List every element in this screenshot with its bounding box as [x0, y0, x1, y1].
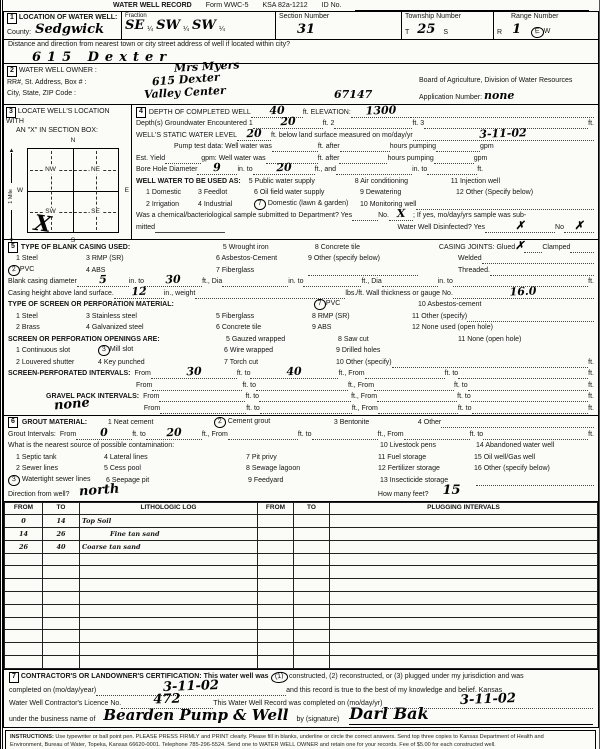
screen-perforated-intervals-label: SCREEN-PERFORATED INTERVALS:: [8, 370, 131, 379]
casing-option-3: 3 RMP (SR): [86, 255, 216, 264]
fraction-cell: Fraction SE ¼ SW ¼ SW ¼: [122, 12, 276, 39]
certification-option-3: (3) plugged under my jurisdiction and wa…: [394, 673, 524, 680]
plugging-intervals-header: PLUGGING INTERVALS: [330, 502, 598, 515]
fraction-2-value: SW: [156, 18, 180, 34]
form-id-label: ID No.: [322, 2, 342, 11]
fraction-3-value: SW: [192, 18, 216, 34]
section-7-number: 7: [9, 672, 19, 683]
ft-label: ft.: [588, 431, 594, 440]
water-well-record-form: WATER WELL RECORD Form WWC-5 KSA 82a-121…: [0, 0, 600, 749]
sample-no-mark: X: [396, 207, 405, 221]
from-header: FROM: [258, 502, 294, 515]
lithologic-log-section: FROM TO LITHOLOGIC LOG FROM TO PLUGGING …: [3, 501, 599, 670]
contamination-option-7: 7 Pit privy: [246, 454, 378, 463]
by-signature-label: by (signature): [297, 716, 340, 725]
opening-option-10: 10 Other (specify): [336, 359, 392, 368]
screen-option-9: 9 ABS: [312, 324, 412, 333]
casing-title: TYPE OF BLANK CASING USED:: [21, 244, 223, 253]
use-option-12: 12 Other (Specify below): [456, 189, 533, 198]
casing-option-8: 8 Concrete tile: [315, 244, 439, 253]
from-label: From: [144, 405, 160, 414]
log-to-value: 40: [43, 540, 80, 553]
use-option-9: 9 Dewatering: [360, 189, 456, 198]
one-mile-label: 1 Mile: [8, 189, 15, 204]
log-empty-row: [5, 630, 598, 643]
ft-to-label: ft. to: [457, 393, 471, 402]
groundwater-1-value: 20: [280, 115, 296, 129]
owner-title: WATER WELL OWNER :: [19, 67, 97, 74]
clamped-label: Clamped: [542, 244, 570, 253]
section-3-locate: 3 LOCATE WELL'S LOCATION WITH AN "X" IN …: [4, 105, 132, 239]
ft-after-label: ft. after: [318, 143, 340, 152]
ft-label: ft.: [588, 278, 594, 287]
ft-label: ft.: [588, 405, 594, 414]
section-box-diagram: N S W E NW NE SW SE X: [17, 139, 129, 243]
form-number: Form WWC-5: [206, 2, 249, 11]
casing-joints-label: CASING JOINTS: Glued: [439, 244, 515, 253]
casing-height-label: Casing height above land surface.: [8, 290, 114, 299]
township-value: 25: [417, 22, 435, 38]
screen-option-2: 2 Brass: [16, 324, 86, 333]
section-2-number: 2: [7, 66, 17, 77]
distance-row: Distance and direction from nearest town…: [4, 40, 598, 63]
opening-option-9: 9 Drilled holes: [336, 347, 380, 356]
log-row-2: 14 26 Fine tan sand: [5, 528, 598, 541]
log-from-value: 26: [5, 540, 43, 553]
opening-option-8: 8 Saw cut: [338, 336, 458, 345]
mitted-label: mitted: [136, 224, 155, 233]
ft-label: ft.: [477, 166, 483, 175]
city-label: City, State, ZIP Code :: [7, 90, 76, 99]
log-empty-row: [5, 592, 598, 605]
section-5-casing: 5 TYPE OF BLANK CASING USED: 5 Wrought i…: [3, 239, 599, 416]
compass-east: E: [125, 187, 129, 195]
quarter-symbol: ¼: [219, 26, 225, 35]
log-from-value: 14: [5, 528, 43, 541]
to-header: TO: [294, 502, 330, 515]
direction-from-well-label: Direction from well?: [8, 491, 69, 500]
casing-height-value: 12: [131, 284, 147, 298]
contamination-option-11: 11 Fuel storage: [378, 454, 474, 463]
business-name-value: Bearden Pump & Well: [103, 706, 288, 725]
from-header: FROM: [5, 502, 43, 515]
log-row-3: 26 40 Coarse tan sand: [5, 540, 598, 553]
instructions-line1: Use typewriter or ball point pen. PLEASE…: [55, 734, 543, 740]
log-from-value: 0: [5, 515, 43, 528]
contamination-question: What is the nearest source of possible c…: [8, 442, 380, 451]
section-3-number: 3: [6, 107, 16, 118]
measured-date-value: 3-11-02: [479, 126, 527, 141]
est-yield-label: Est. Yield: [136, 155, 165, 164]
casing-depth-value: 30: [165, 273, 181, 287]
contamination-option-9: 9 Feedyard: [248, 477, 380, 486]
ft-3-label: ft. 3: [412, 120, 424, 129]
section-number-value: 31: [279, 22, 398, 38]
yield-mid-label: gpm: Well water was: [201, 155, 265, 164]
log-empty-row: [5, 617, 598, 630]
use-option-10: 10 Monitoring well: [360, 201, 416, 210]
opening-option-7: 7 Torch cut: [224, 359, 336, 368]
in-to-label: in. to: [237, 166, 252, 175]
section-1-location: 1 LOCATION OF WATER WELL: County: Sedgwi…: [3, 11, 599, 64]
one-mile-scale: ▲ 1 Mile ▼: [6, 139, 17, 243]
in-to-label: in. to: [438, 278, 453, 287]
section-7-certification: 7 CONTRACTOR'S OR LANDOWNER'S CERTIFICAT…: [3, 669, 599, 728]
depth-completed-label: DEPTH OF COMPLETED WELL: [149, 109, 251, 118]
hours-pumping-label: hours pumping: [387, 155, 433, 164]
ft-to-label: ft. to: [454, 382, 468, 391]
gauge-value: 16.0: [510, 284, 537, 299]
compass-west: W: [17, 187, 23, 195]
use-option-8: 8 Air conditioning: [355, 178, 451, 187]
casing-diameter-value: 5: [99, 273, 107, 287]
use-option-1: 1 Domestic: [146, 189, 198, 198]
screen-option-7-label: PVC: [326, 300, 340, 307]
ft-from-label: ft., From: [378, 431, 404, 440]
application-number-value: none: [484, 89, 514, 102]
section-1-title: LOCATION OF WATER WELL:: [19, 14, 118, 21]
township-t: T: [405, 29, 409, 38]
log-description-value: Coarse tan sand: [80, 540, 258, 553]
opening-option-11: 11 None (open hole): [458, 336, 521, 345]
log-empty-row: [5, 553, 598, 566]
contamination-option-12: 12 Fertilizer storage: [378, 465, 474, 474]
welded-label: Welded: [432, 255, 482, 264]
opening-option-3-circled: 3: [97, 345, 110, 357]
casing-option-2-label: PVC: [20, 266, 34, 273]
disinfected-question: Water Well Disinfected? Yes: [398, 224, 486, 233]
gpm-label: gpm: [474, 155, 488, 164]
range-r: R: [497, 29, 502, 38]
ft-from-label: ft., From: [352, 405, 378, 414]
ft-label: ft.: [588, 382, 594, 391]
ft-label: ft.: [588, 370, 594, 379]
in-to-label: in. to: [288, 278, 303, 287]
static-water-level-mid-label: ft. below land surface measured on mo/da…: [271, 132, 413, 141]
county-value: Sedgwick: [35, 22, 104, 38]
ft-after-label: ft. after: [318, 155, 340, 164]
groundwater-label: Depth(s) Groundwater Encountered 1: [136, 120, 253, 129]
log-empty-row: [5, 566, 598, 579]
business-name-label: under the business name of: [9, 716, 95, 725]
contamination-option-8: 8 Sewage lagoon: [246, 465, 378, 474]
distance-label: Distance and direction from nearest town…: [8, 41, 594, 50]
ft-to-label: ft. to: [458, 405, 472, 414]
disinfected-no-mark: ✗: [574, 219, 584, 233]
use-option-5: 5 Public water supply: [249, 178, 355, 187]
opening-option-2: 2 Louvered shutter: [16, 359, 98, 368]
section-number-cell: Section Number 31: [276, 12, 402, 39]
screen-option-4: 4 Galvanized steel: [86, 324, 216, 333]
range-cell: Range Number R 1 EW: [494, 12, 598, 39]
from-label: From: [136, 382, 152, 391]
to-header: TO: [43, 502, 80, 515]
openings-title: SCREEN OR PERFORATION OPENINGS ARE:: [8, 336, 226, 345]
ft-dia-label: ft., Dia: [202, 278, 222, 287]
section-4-number: 4: [136, 107, 146, 118]
owner-zip-value: 67147: [334, 88, 372, 102]
section-2-owner: 2 WATER WELL OWNER : RR#, St. Address, B…: [3, 63, 599, 105]
ft-from-label: ft., From: [338, 370, 364, 379]
grout-option-3: 3 Bentonite: [334, 419, 418, 428]
static-water-level-label: WELL'S STATIC WATER LEVEL: [136, 132, 237, 141]
section-1-number: 1: [7, 13, 17, 24]
spi-to-value: 40: [287, 365, 303, 379]
screen-material-title: TYPE OF SCREEN OR PERFORATION MATERIAL:: [8, 301, 314, 310]
from-label: From: [143, 393, 159, 402]
screen-option-10: 10 Asbestos-cement: [418, 301, 481, 310]
bore-depth-value: 20: [276, 161, 292, 175]
quarter-symbol: ¼: [183, 26, 189, 35]
section-box-horizontal-line: [28, 191, 118, 192]
glued-mark: ✗: [515, 239, 524, 253]
county-cell: 1 LOCATION OF WATER WELL: County: Sedgwi…: [4, 12, 122, 39]
quadrant-se: SE: [89, 207, 102, 215]
ft-from-label: ft., From: [348, 382, 374, 391]
opening-option-5: 5 Gauzed wrapped: [226, 336, 338, 345]
ft-label: ft.: [588, 359, 594, 368]
log-empty-row: [5, 604, 598, 617]
contamination-option-3-label: Watertight sewer lines: [22, 476, 91, 483]
ft-to-label: ft. to: [470, 431, 484, 440]
id-blank-line: [355, 2, 589, 11]
grout-option-2-circled: 2: [213, 417, 226, 429]
completed-on-label: completed on (mo/day/year): [9, 687, 96, 696]
instructions-line2: Environment, Bureau of Water, Topeka, Ka…: [10, 742, 496, 748]
licence-number-value: 472: [153, 692, 181, 709]
use-option-2: 2 Irrigation: [146, 201, 198, 210]
threaded-label: Threaded.: [432, 267, 490, 276]
township-label: Township Number: [405, 13, 490, 22]
contamination-option-1: 1 Septic tank: [16, 454, 104, 463]
contamination-option-16: 16 Other (specify below): [474, 465, 550, 474]
no-label: No.: [378, 212, 389, 221]
scale-line: [11, 153, 12, 183]
section-6-number: 6: [8, 417, 18, 428]
ft-label: ft.: [588, 393, 594, 402]
lithologic-log-header: LITHOLOGIC LOG: [80, 502, 258, 515]
ft-to-label: ft. to: [246, 405, 260, 414]
no-label: No: [555, 224, 564, 233]
log-to-value: 14: [43, 515, 80, 528]
ft-from-label: ft., From: [351, 393, 377, 402]
opening-option-1: 1 Continuous slot: [16, 347, 98, 356]
log-description-value: Fine tan sand: [80, 528, 258, 541]
use-option-7-circled: 7: [253, 198, 266, 210]
range-west: W: [544, 28, 551, 35]
application-number-label: Application Number:: [419, 94, 482, 101]
log-empty-row: [5, 579, 598, 592]
gpm-label: gpm: [480, 143, 494, 152]
locate-title-line2: AN "X" IN SECTION BOX:: [6, 127, 129, 136]
log-row-1: 0 14 Top Soil: [5, 515, 598, 528]
form-ksa: KSA 82a-1212: [262, 2, 307, 11]
chemical-sample-tail: ; If yes, mo/day/yrs sample was sub-: [413, 212, 526, 221]
opening-option-3-label: Mill slot: [110, 346, 133, 353]
quadrant-ne: NE: [89, 166, 102, 174]
ft-label: ft.: [588, 120, 594, 129]
use-option-4: 4 Industrial: [198, 201, 254, 210]
casing-option-7: 7 Fiberglass: [216, 267, 308, 276]
use-option-6: 6 Oil field water supply: [254, 189, 360, 198]
grout-from-value: 0: [100, 426, 108, 440]
scale-line: [11, 210, 12, 240]
use-option-11: 11 Injection well: [451, 178, 500, 187]
grout-title: GROUT MATERIAL:: [22, 419, 108, 428]
grout-option-4: 4 Other: [418, 419, 441, 428]
casing-option-1: 1 Steel: [16, 255, 86, 264]
township-cell: Township Number T 25 S: [402, 12, 494, 39]
bore-diameter-value: 9: [213, 161, 221, 175]
weight-label: in., weight: [164, 290, 196, 299]
contamination-option-15: 15 Oil well/Gas well: [474, 454, 535, 463]
how-many-feet-label: How many feet?: [378, 491, 429, 500]
in-to-label: in. to: [412, 166, 427, 175]
grout-option-2-label: Cement grout: [228, 418, 270, 425]
contamination-option-14: 14 Abandoned water well: [476, 442, 554, 451]
chemical-sample-question: Was a chemical/bacteriological sample su…: [136, 212, 352, 221]
from-label: From: [135, 370, 151, 379]
gauge-label: lbs./ft. Wall thickness or gauge No.: [345, 290, 453, 299]
dashed-line: [96, 151, 97, 230]
screen-option-11: 11 Other (specify): [412, 313, 467, 322]
screen-option-8: 8 RMP (SR): [312, 313, 412, 322]
lithologic-log-table: FROM TO LITHOLOGIC LOG FROM TO PLUGGING …: [4, 502, 598, 669]
grout-intervals-label: Grout Intervals:: [8, 431, 56, 440]
blank-casing-diameter-label: Blank casing diameter: [8, 278, 77, 287]
section-3-4-wrap: 3 LOCATE WELL'S LOCATION WITH AN "X" IN …: [3, 104, 599, 240]
compass-north: N: [71, 137, 76, 145]
contamination-option-2: 2 Sewer lines: [16, 465, 104, 474]
ft-to-label: ft. to: [445, 370, 459, 379]
grout-option-1: 1 Neat cement: [108, 419, 214, 428]
instructions-label: INSTRUCTIONS:: [10, 734, 54, 740]
board-of-agriculture-text: Board of Agriculture, Division of Water …: [419, 77, 572, 86]
screen-option-12: 12 None used (open hole): [412, 324, 493, 333]
hours-pumping-label: hours pumping: [390, 143, 436, 152]
direction-value: north: [79, 482, 120, 501]
static-water-level-value: 20: [246, 126, 262, 140]
use-option-3: 3 Feedlot: [198, 189, 254, 198]
from-label: From: [60, 431, 76, 440]
elevation-value: 1300: [365, 103, 396, 118]
compass-south: S: [71, 237, 75, 245]
gravel-pack-none-value: none: [53, 396, 90, 415]
section-4-depth: 4 DEPTH OF COMPLETED WELL 40 ft. ELEVATI…: [132, 105, 598, 239]
casing-option-5: 5 Wrought iron: [223, 244, 315, 253]
screen-option-3: 3 Stainless steel: [86, 313, 216, 322]
ft-to-label: ft. to: [132, 431, 146, 440]
section-number-label: Section Number: [279, 13, 398, 22]
ft-to-label: ft. to: [237, 370, 251, 379]
spi-from-value: 30: [186, 365, 202, 379]
opening-option-6: 6 Wire wrapped: [224, 347, 336, 356]
instructions-box: INSTRUCTIONS: Use typewriter or ball poi…: [5, 730, 596, 749]
log-to-value: 26: [43, 528, 80, 541]
township-s: S: [443, 29, 448, 38]
contamination-option-6: 6 Seepage pit: [106, 477, 248, 486]
quarter-symbol: ¼: [147, 26, 153, 35]
screen-option-6: 6 Concrete tile: [216, 324, 312, 333]
certification-pre: CONTRACTOR'S OR LANDOWNER'S CERTIFICATIO…: [21, 673, 269, 680]
arrow-down-icon: ▼: [9, 239, 15, 243]
ft-to-label: ft. to: [242, 382, 256, 391]
contamination-option-5: 5 Cess pool: [104, 465, 246, 474]
bore-hole-label: Bore Hole Diameter: [136, 166, 197, 175]
contamination-option-3-circled: 3: [7, 474, 20, 486]
address-label: RR#, St. Address, Box # :: [7, 79, 86, 88]
ft-dia-label: ft., Dia: [361, 278, 381, 287]
record-date-value: 3-11-02: [459, 691, 516, 709]
ft-and-label: ft., and: [315, 166, 336, 175]
range-value: 1: [512, 22, 521, 38]
elevation-label: ft. ELEVATION:: [303, 109, 351, 118]
use-title: WELL WATER TO BE USED AS:: [136, 178, 241, 187]
ft-from-label: ft., From: [202, 431, 228, 440]
use-option-7-label: Domestic (lawn & garden): [268, 200, 349, 207]
log-empty-row: [5, 656, 598, 669]
certification-option-2: (2) reconstructed, or: [329, 673, 392, 680]
locate-title-line1: LOCATE WELL'S LOCATION WITH: [6, 108, 110, 125]
screen-option-1: 1 Steel: [16, 313, 86, 322]
range-east-circled: E: [531, 27, 545, 39]
section-6-grout: 6 GROUT MATERIAL: 1 Neat cement 2 Cement…: [3, 415, 599, 502]
range-label: Range Number: [497, 13, 595, 22]
ft-to-label: ft. to: [245, 393, 259, 402]
certification-option-1: constructed,: [289, 673, 327, 680]
well-location-x-mark: X: [32, 210, 53, 240]
pump-test-label: Pump test data: Well water was: [174, 143, 272, 152]
screen-option-7-circled: 7: [313, 299, 326, 311]
ft-2-label: ft. 2: [323, 120, 335, 129]
contamination-option-10: 10 Livestock pens: [380, 442, 476, 451]
county-label: County:: [7, 29, 31, 38]
fraction-1-value: SE: [125, 18, 144, 34]
casing-option-6: 6 Asbestos-Cement: [216, 255, 308, 264]
form-title: WATER WELL RECORD: [113, 2, 192, 11]
log-header-row: FROM TO LITHOLOGIC LOG FROM TO PLUGGING …: [5, 502, 598, 515]
opening-option-4: 4 Key punched: [98, 359, 224, 368]
ft-to-label: ft. to: [298, 431, 312, 440]
owner-city-value: Valley Center: [144, 84, 226, 102]
screen-option-5: 5 Fiberglass: [216, 313, 312, 322]
contamination-option-4: 4 Lateral lines: [104, 454, 246, 463]
grout-to-value: 20: [166, 425, 182, 439]
casing-option-9: 9 Other (specify below): [308, 255, 432, 264]
disinfected-yes-mark: ✗: [515, 219, 525, 233]
quadrant-nw: NW: [43, 166, 58, 174]
log-empty-row: [5, 643, 598, 656]
casing-option-2-circled: 2: [7, 264, 20, 276]
contamination-option-13: 13 Insecticide storage: [380, 477, 476, 486]
log-description-value: Top Soil: [80, 515, 258, 528]
certification-option-1-circled: (1): [270, 671, 288, 683]
feet-value: 15: [443, 483, 461, 499]
